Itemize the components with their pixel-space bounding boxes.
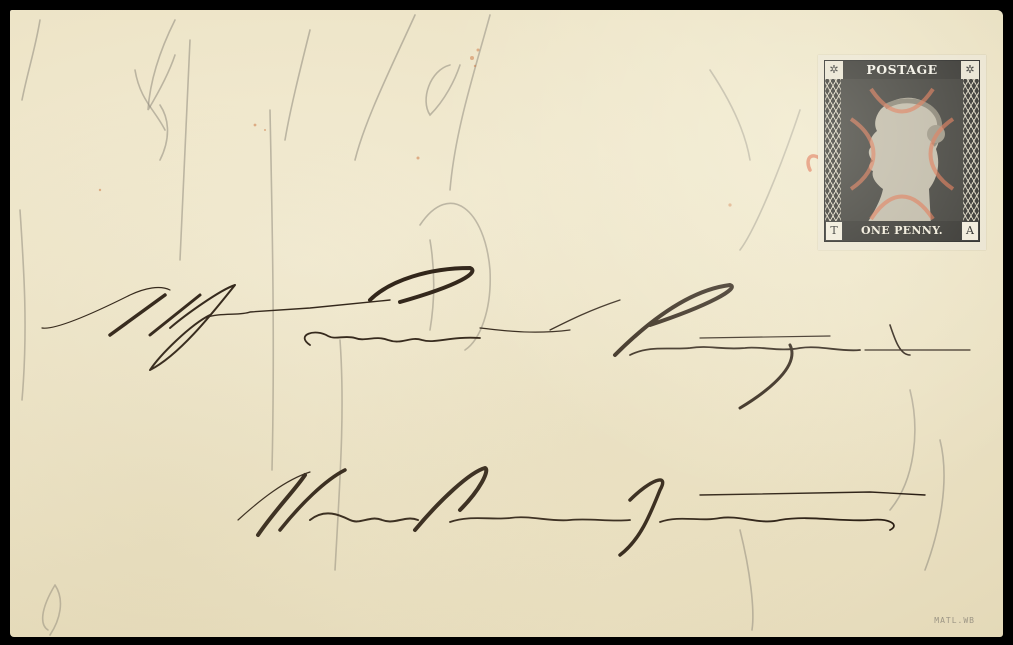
stamp-design: ✲ ✲ POSTAGE T ONE PENNY. <box>824 60 980 242</box>
cancel-overlay <box>841 79 963 225</box>
stamp-value-label: ONE PENNY. <box>843 221 961 241</box>
penny-black-stamp: ✲ ✲ POSTAGE T ONE PENNY. <box>818 55 986 250</box>
stamp-left-border <box>825 79 841 221</box>
imprint-text: MATL.WB <box>934 616 975 625</box>
stamp-value-row: T ONE PENNY. A <box>825 221 979 241</box>
postal-cover: ✲ ✲ POSTAGE T ONE PENNY. <box>10 10 1003 637</box>
check-letter-right: A <box>961 221 979 241</box>
stamp-right-border <box>963 79 979 221</box>
check-letter-left: T <box>825 221 843 241</box>
stamp-postage-label: POSTAGE <box>825 61 979 79</box>
